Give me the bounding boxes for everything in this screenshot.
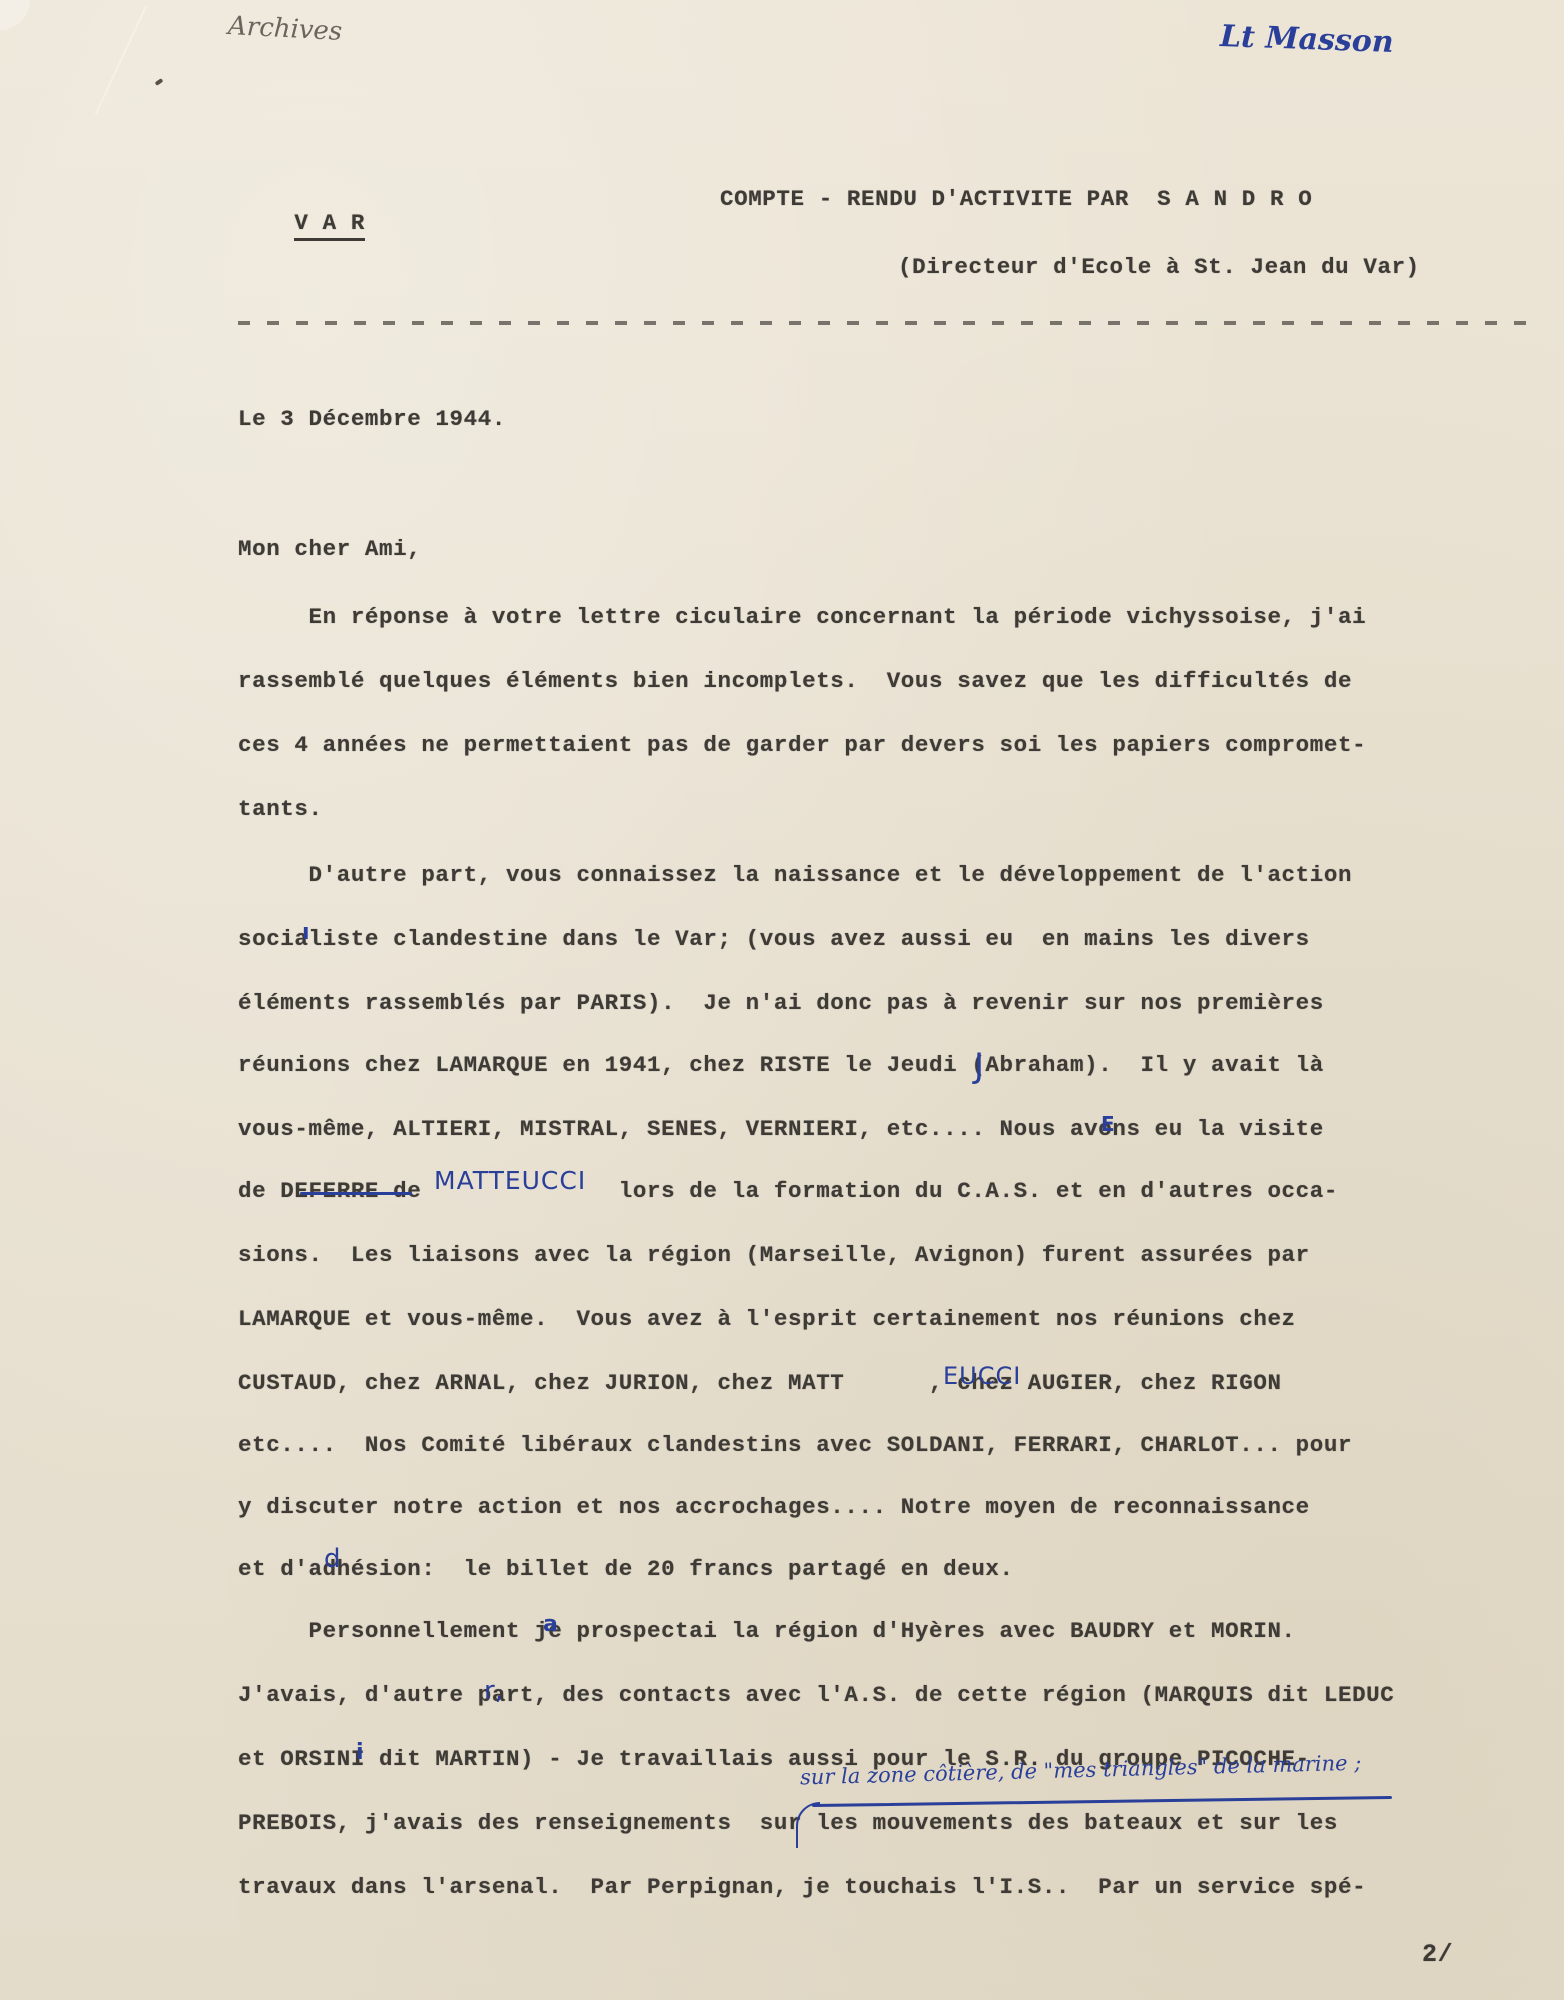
letter-line: PREBOIS, j'avais des renseignements sur …: [238, 1810, 1338, 1836]
paper-crease: [95, 5, 148, 115]
letter-salutation: Mon cher Ami,: [238, 536, 421, 562]
letter-line: y discuter notre action et nos accrochag…: [238, 1494, 1310, 1520]
dashed-separator: [238, 321, 1530, 325]
report-subtitle: (Directeur d'Ecole à St. Jean du Var): [898, 254, 1420, 280]
letter-date: Le 3 Décembre 1944.: [238, 406, 506, 432]
page-continuation-marker: 2/: [1422, 1940, 1453, 1969]
insertion-caret: [796, 1802, 820, 1848]
letter-line: D'autre part, vous connaissez la naissan…: [238, 862, 1352, 888]
letter-line: socialiste clandestine dans le Var; (vou…: [238, 926, 1310, 952]
ink-correction-mark: J: [974, 1046, 984, 1086]
letter-line: ces 4 années ne permettaient pas de gard…: [238, 732, 1366, 758]
paper-mark: [155, 78, 164, 86]
letter-line: tants.: [238, 796, 323, 822]
ink-correction-mark: i: [356, 1740, 364, 1765]
matteucci-ink-correction: MATTEUCCI: [434, 1166, 586, 1195]
letter-line: Personnellement je prospectai la région …: [238, 1618, 1296, 1644]
paper-crease: [0, 0, 30, 30]
insertion-underline: [812, 1796, 1392, 1807]
document-page: Archives Lt Masson V A R COMPTE - RENDU …: [0, 0, 1564, 2000]
letter-line: etc.... Nos Comité libéraux clandestins …: [238, 1432, 1352, 1458]
ink-correction-mark: r,: [484, 1676, 503, 1706]
letter-line: rassemblé quelques éléments bien incompl…: [238, 668, 1352, 694]
ink-correction-mark: a: [543, 1612, 558, 1637]
letter-line: LAMARQUE et vous-même. Vous avez à l'esp…: [238, 1306, 1296, 1332]
letter-line: CUSTAUD, chez ARNAL, chez JURION, chez M…: [238, 1370, 1282, 1396]
department-heading: V A R: [238, 184, 365, 262]
ink-correction-mark: d: [324, 1544, 341, 1574]
ink-correction-mark: ı: [302, 920, 310, 945]
letter-line: sions. Les liaisons avec la région (Mars…: [238, 1242, 1310, 1268]
letter-line: J'avais, d'autre part, des contacts avec…: [238, 1682, 1394, 1708]
letter-line: et d'adhésion: le billet de 20 francs pa…: [238, 1556, 1014, 1582]
letter-line: réunions chez LAMARQUE en 1941, chez RIS…: [238, 1052, 1324, 1078]
letter-line: En réponse à votre lettre ciculaire conc…: [238, 604, 1366, 630]
report-title: COMPTE - RENDU D'ACTIVITE PAR S A N D R …: [720, 186, 1312, 212]
letter-line: de DEFERRE de lors de la formation du C.…: [238, 1178, 1338, 1204]
ink-strikethrough: [300, 1192, 412, 1195]
department-label: V A R: [294, 210, 365, 241]
eucci-ink-correction: EUCCI: [943, 1362, 1021, 1390]
ink-correction-mark: E: [1101, 1112, 1115, 1136]
masson-ink-note: Lt Masson: [1219, 19, 1394, 60]
archives-pencil-note: Archives: [227, 11, 343, 47]
letter-line: travaux dans l'arsenal. Par Perpignan, j…: [238, 1874, 1366, 1900]
letter-line: éléments rassemblés par PARIS). Je n'ai …: [238, 990, 1324, 1016]
letter-line: vous-même, ALTIERI, MISTRAL, SENES, VERN…: [238, 1116, 1324, 1142]
